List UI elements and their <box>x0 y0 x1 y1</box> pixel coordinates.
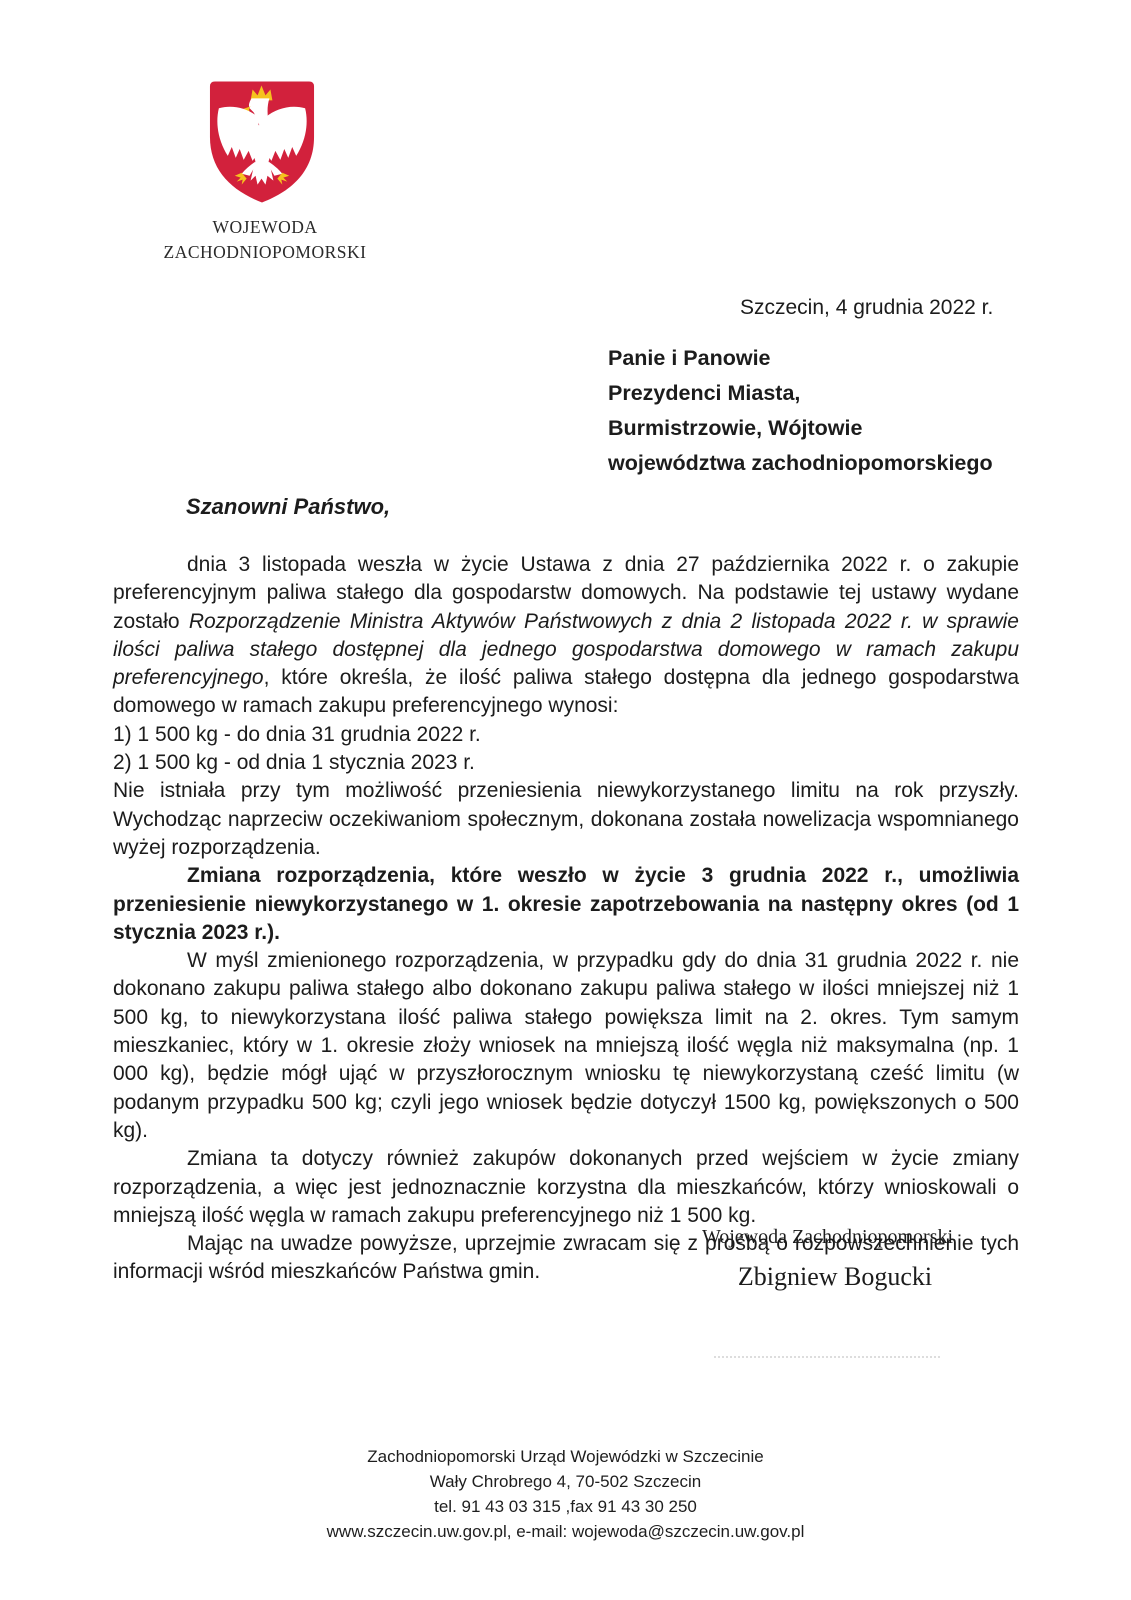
footer-phone-line: tel. 91 43 03 315 ,fax 91 43 30 250 <box>0 1494 1131 1519</box>
addressee-line: Burmistrzowie, Wójtowie <box>608 411 993 446</box>
addressee-line: województwa zachodniopomorskiego <box>608 446 993 481</box>
addressee-line: Panie i Panowie <box>608 341 993 376</box>
signature-name: Zbigniew Bogucki <box>655 1262 1015 1292</box>
office-name-line1: WOJEWODA <box>130 215 400 240</box>
footer-office-line: Zachodniopomorski Urząd Wojewódzki w Szc… <box>0 1444 1131 1469</box>
footer-block: Zachodniopomorski Urząd Wojewódzki w Szc… <box>0 1444 1131 1544</box>
footer-address-line: Wały Chrobrego 4, 70-502 Szczecin <box>0 1469 1131 1494</box>
addressee-line: Prezydenci Miasta, <box>608 376 993 411</box>
letter-page: WOJEWODA ZACHODNIOPOMORSKI Szczecin, 4 g… <box>0 0 1131 1600</box>
footer-web-email-line: www.szczecin.uw.gov.pl, e-mail: wojewoda… <box>0 1519 1131 1544</box>
list-item-1: 1) 1 500 kg - do dnia 31 grudnia 2022 r. <box>113 721 1019 749</box>
body-paragraph-1: dnia 3 listopada weszła w życie Ustawa z… <box>113 551 1019 721</box>
body-paragraph-5: Zmiana ta dotyczy również zakupów dokona… <box>113 1145 1019 1230</box>
polish-eagle-coat-of-arms-icon <box>206 79 318 206</box>
salutation: Szanowni Państwo, <box>186 494 390 520</box>
signature-dotted-line <box>714 1356 940 1358</box>
letter-body: dnia 3 listopada weszła w życie Ustawa z… <box>113 551 1019 1287</box>
office-name-line2: ZACHODNIOPOMORSKI <box>130 240 400 265</box>
addressee-block: Panie i Panowie Prezydenci Miasta, Burmi… <box>608 341 993 481</box>
letterhead-office-name: WOJEWODA ZACHODNIOPOMORSKI <box>130 215 400 265</box>
body-paragraph-2: Nie istniała przy tym możliwość przenies… <box>113 777 1019 862</box>
body-paragraph-4: W myśl zmienionego rozporządzenia, w prz… <box>113 947 1019 1145</box>
dateline: Szczecin, 4 grudnia 2022 r. <box>740 296 993 320</box>
body-paragraph-3-bold: Zmiana rozporządzenia, które weszło w ży… <box>113 862 1019 947</box>
signature-title: Wojewoda Zachodniopomorski <box>650 1226 1005 1249</box>
list-item-2: 2) 1 500 kg - od dnia 1 stycznia 2023 r. <box>113 749 1019 777</box>
